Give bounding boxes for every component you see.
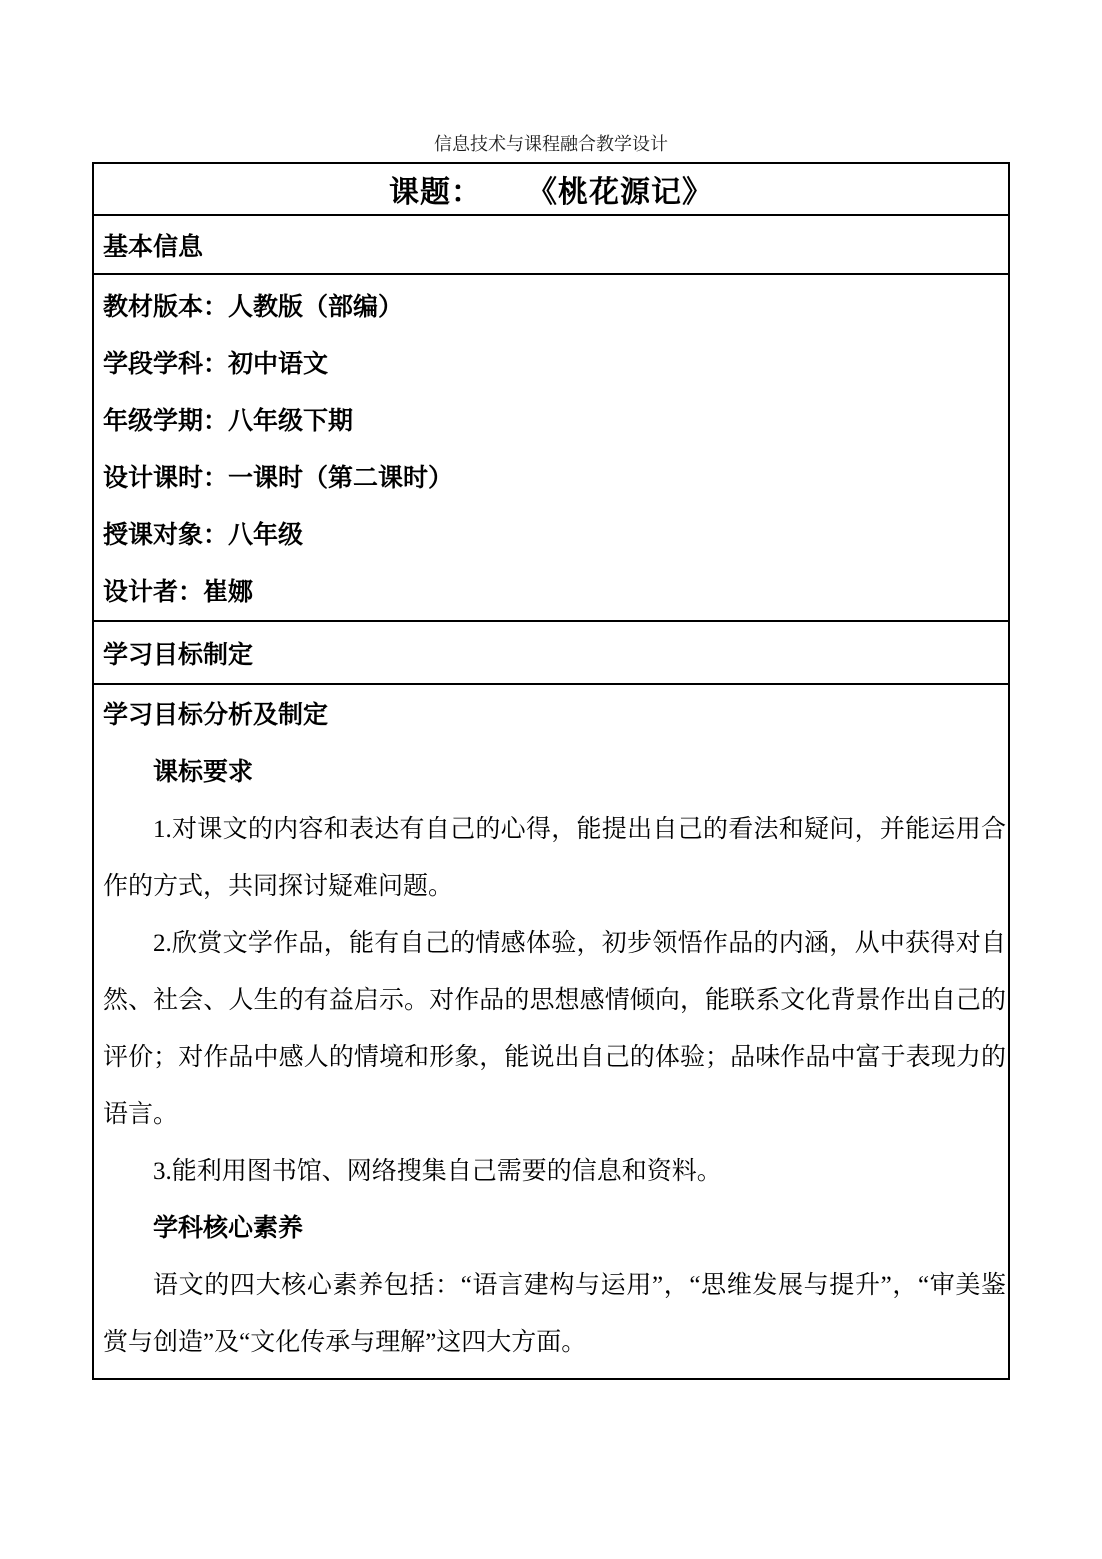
basic-info-subject: 学段学科：初中语文 [103, 336, 1006, 393]
lesson-plan-table: 课题： 《桃花源记》 基本信息 教材版本：人教版（部编） 学段学科：初中语文 年… [92, 162, 1010, 1380]
core-literacy-subheading: 学科核心素养 [103, 1200, 1006, 1257]
basic-info-textbook: 教材版本：人教版（部编） [103, 279, 1006, 336]
title-label: 课题： [389, 167, 482, 211]
document-header-text: 信息技术与课程融合教学设计 [0, 133, 1102, 155]
title-row: 课题： 《桃花源记》 [94, 164, 1008, 214]
basic-info-lesson-periods: 设计课时：一课时（第二课时） [103, 450, 1006, 507]
basic-info-cell: 教材版本：人教版（部编） 学段学科：初中语文 年级学期：八年级下期 设计课时：一… [94, 273, 1008, 620]
curriculum-standard-item-2: 2.欣赏文学作品，能有自己的情感体验，初步领悟作品的内涵，从中获得对自然、社会、… [103, 915, 1006, 1143]
core-literacy-paragraph: 语文的四大核心素养包括：“语言建构与运用”，“思维发展与提升”，“审美鉴赏与创造… [103, 1257, 1006, 1371]
title-value: 《桃花源记》 [527, 167, 713, 211]
goal-analysis-cell: 学习目标分析及制定 课标要求 1.对课文的内容和表达有自己的心得，能提出自己的看… [94, 683, 1008, 1378]
analysis-heading: 学习目标分析及制定 [103, 687, 1006, 744]
document-page: 信息技术与课程融合教学设计 课题： 《桃花源记》 基本信息 教材版本：人教版（部… [0, 0, 1102, 1559]
curriculum-standard-subheading: 课标要求 [103, 744, 1006, 801]
section-heading-learning-goals: 学习目标制定 [94, 620, 1008, 683]
curriculum-standard-item-1: 1.对课文的内容和表达有自己的心得，能提出自己的看法和疑问，并能运用合作的方式，… [103, 801, 1006, 915]
basic-info-audience: 授课对象：八年级 [103, 507, 1006, 564]
basic-info-designer: 设计者：崔娜 [103, 564, 1006, 620]
basic-info-grade-term: 年级学期：八年级下期 [103, 393, 1006, 450]
curriculum-standard-item-3: 3.能利用图书馆、网络搜集自己需要的信息和资料。 [103, 1143, 1006, 1200]
section-heading-basic-info: 基本信息 [94, 214, 1008, 273]
